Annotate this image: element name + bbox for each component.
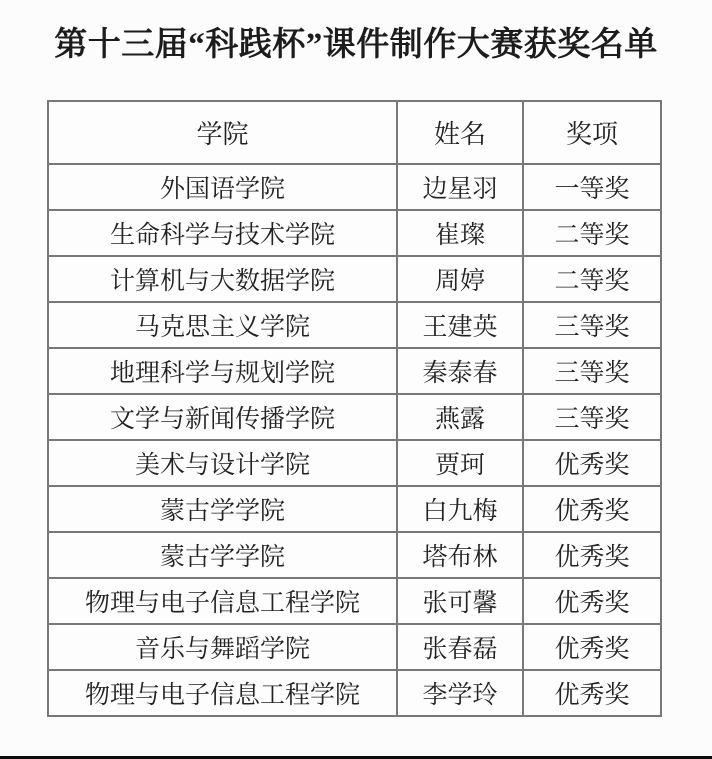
cell-award: 优秀奖 (523, 532, 661, 578)
cell-award: 三等奖 (523, 302, 661, 348)
table-row: 物理与电子信息工程学院 张可馨 优秀奖 (48, 578, 661, 624)
cell-college: 生命科学与技术学院 (48, 210, 397, 256)
cell-name: 白九梅 (397, 486, 523, 532)
cell-college: 蒙古学学院 (48, 532, 397, 578)
cell-college: 物理与电子信息工程学院 (48, 670, 397, 716)
cell-college: 计算机与大数据学院 (48, 256, 397, 302)
cell-name: 周婷 (397, 256, 523, 302)
column-header-award: 奖项 (523, 101, 661, 164)
cell-college: 物理与电子信息工程学院 (48, 578, 397, 624)
awards-table: 学院 姓名 奖项 外国语学院 边星羽 一等奖 生命科学与技术学院 崔璨 二等奖 … (47, 100, 662, 717)
cell-award: 二等奖 (523, 256, 661, 302)
cell-name: 秦泰春 (397, 348, 523, 394)
table-row: 物理与电子信息工程学院 李学玲 优秀奖 (48, 670, 661, 716)
cell-name: 张可馨 (397, 578, 523, 624)
cell-name: 王建英 (397, 302, 523, 348)
cell-college: 马克思主义学院 (48, 302, 397, 348)
cell-award: 优秀奖 (523, 624, 661, 670)
table-row: 计算机与大数据学院 周婷 二等奖 (48, 256, 661, 302)
cell-name: 燕露 (397, 394, 523, 440)
page-title: 第十三届“科践杯”课件制作大赛获奖名单 (0, 18, 712, 65)
cell-name: 张春磊 (397, 624, 523, 670)
cell-college: 文学与新闻传播学院 (48, 394, 397, 440)
cell-award: 优秀奖 (523, 440, 661, 486)
table-row: 生命科学与技术学院 崔璨 二等奖 (48, 210, 661, 256)
table-row: 音乐与舞蹈学院 张春磊 优秀奖 (48, 624, 661, 670)
table-row: 马克思主义学院 王建英 三等奖 (48, 302, 661, 348)
table-header-row: 学院 姓名 奖项 (48, 101, 661, 164)
table-row: 外国语学院 边星羽 一等奖 (48, 164, 661, 210)
table-row: 文学与新闻传播学院 燕露 三等奖 (48, 394, 661, 440)
cell-college: 外国语学院 (48, 164, 397, 210)
cell-name: 李学玲 (397, 670, 523, 716)
column-header-name: 姓名 (397, 101, 523, 164)
table-row: 美术与设计学院 贾珂 优秀奖 (48, 440, 661, 486)
column-header-college: 学院 (48, 101, 397, 164)
cell-college: 音乐与舞蹈学院 (48, 624, 397, 670)
cell-award: 三等奖 (523, 348, 661, 394)
cell-award: 二等奖 (523, 210, 661, 256)
cell-award: 优秀奖 (523, 486, 661, 532)
cell-award: 优秀奖 (523, 578, 661, 624)
cell-name: 崔璨 (397, 210, 523, 256)
cell-award: 优秀奖 (523, 670, 661, 716)
cell-college: 蒙古学学院 (48, 486, 397, 532)
table-row: 蒙古学学院 塔布林 优秀奖 (48, 532, 661, 578)
cell-name: 边星羽 (397, 164, 523, 210)
cell-name: 塔布林 (397, 532, 523, 578)
cell-name: 贾珂 (397, 440, 523, 486)
table-row: 地理科学与规划学院 秦泰春 三等奖 (48, 348, 661, 394)
cell-award: 一等奖 (523, 164, 661, 210)
table-row: 蒙古学学院 白九梅 优秀奖 (48, 486, 661, 532)
cell-college: 地理科学与规划学院 (48, 348, 397, 394)
cell-award: 三等奖 (523, 394, 661, 440)
cell-college: 美术与设计学院 (48, 440, 397, 486)
